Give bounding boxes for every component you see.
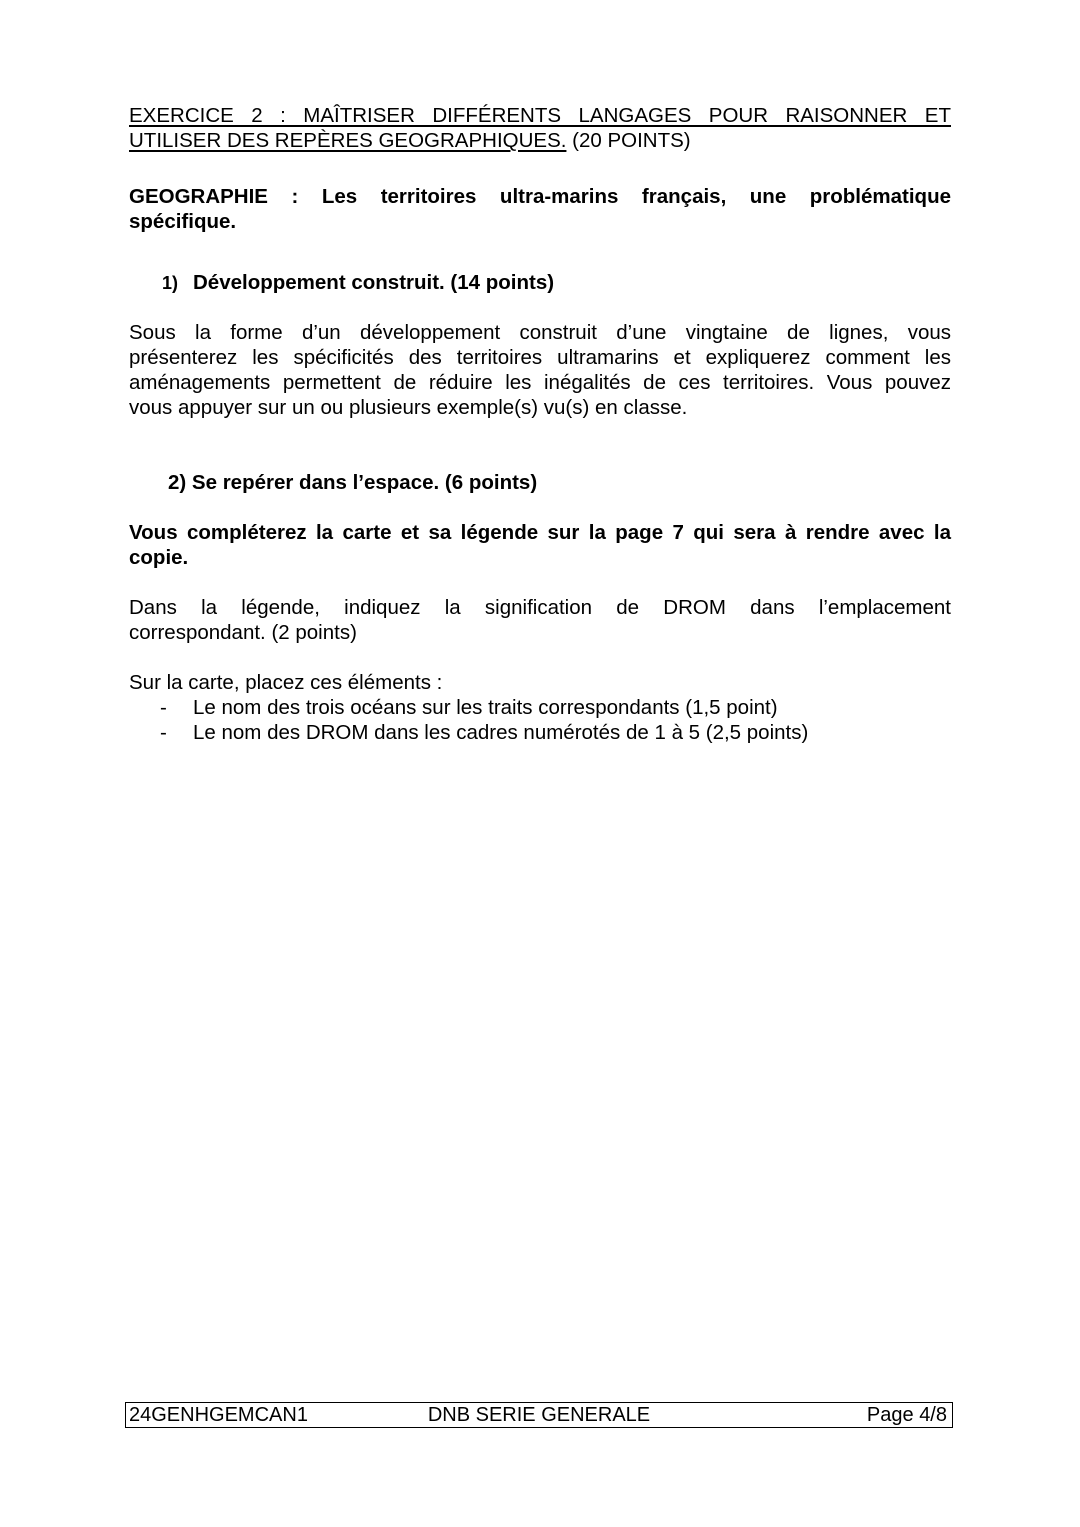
- map-intro: Sur la carte, placez ces éléments :: [129, 670, 951, 695]
- exercise-title-line1: EXERCICE 2 : MAÎTRISER DIFFÉRENTS LANGAG…: [129, 103, 951, 128]
- question-1-body-line: présenterez les spécificités des territo…: [129, 345, 951, 370]
- footer-page-number: Page 4/8: [867, 1403, 947, 1427]
- theme-heading-line2: spécifique.: [129, 209, 951, 234]
- question-2-instruction: Vous compléterez la carte et sa légende …: [129, 520, 951, 570]
- theme-heading-line1: GEOGRAPHIE : Les territoires ultra-marin…: [129, 184, 951, 209]
- question-2-instruction-line: Vous compléterez la carte et sa légende …: [129, 520, 951, 545]
- drom-legend-task: Dans la légende, indiquez la significati…: [129, 595, 951, 645]
- page-footer: DNB SERIE GENERALE 24GENHGEMCAN1 Page 4/…: [125, 1402, 953, 1428]
- question-2-heading: 2) Se repérer dans l’espace. (6 points): [168, 470, 768, 495]
- question-1-body-line: Sous la forme d’un développement constru…: [129, 320, 951, 345]
- question-1-heading: 1)Développement construit. (14 points): [162, 270, 762, 296]
- theme-heading: GEOGRAPHIE : Les territoires ultra-marin…: [129, 184, 951, 234]
- question-1-title: Développement construit. (14 points): [193, 271, 554, 294]
- bullet-text: Le nom des DROM dans les cadres numéroté…: [193, 720, 808, 745]
- question-1-body-line: vous appuyer sur un ou plusieurs exemple…: [129, 395, 951, 420]
- question-1-body-line: aménagements permettent de réduire les i…: [129, 370, 951, 395]
- drom-legend-task-line: correspondant. (2 points): [129, 620, 951, 645]
- bullet-dash: -: [160, 720, 167, 745]
- exam-page: EXERCICE 2 : MAÎTRISER DIFFÉRENTS LANGAG…: [0, 0, 1080, 1527]
- question-2-title: 2) Se repérer dans l’espace. (6 points): [168, 471, 537, 494]
- footer-code: 24GENHGEMCAN1: [129, 1403, 308, 1427]
- question-2-instruction-line: copie.: [129, 545, 951, 570]
- map-intro-text: Sur la carte, placez ces éléments :: [129, 670, 951, 695]
- exercise-title-line2: UTILISER DES REPÈRES GEOGRAPHIQUES.: [129, 129, 566, 152]
- exercise-points: (20 POINTS): [566, 129, 690, 152]
- question-1-body: Sous la forme d’un développement constru…: [129, 320, 951, 420]
- question-1-number: 1): [162, 271, 193, 296]
- exercise-title: EXERCICE 2 : MAÎTRISER DIFFÉRENTS LANGAG…: [129, 103, 951, 153]
- bullet-dash: -: [160, 695, 167, 720]
- drom-legend-task-line: Dans la légende, indiquez la significati…: [129, 595, 951, 620]
- bullet-text: Le nom des trois océans sur les traits c…: [193, 695, 778, 720]
